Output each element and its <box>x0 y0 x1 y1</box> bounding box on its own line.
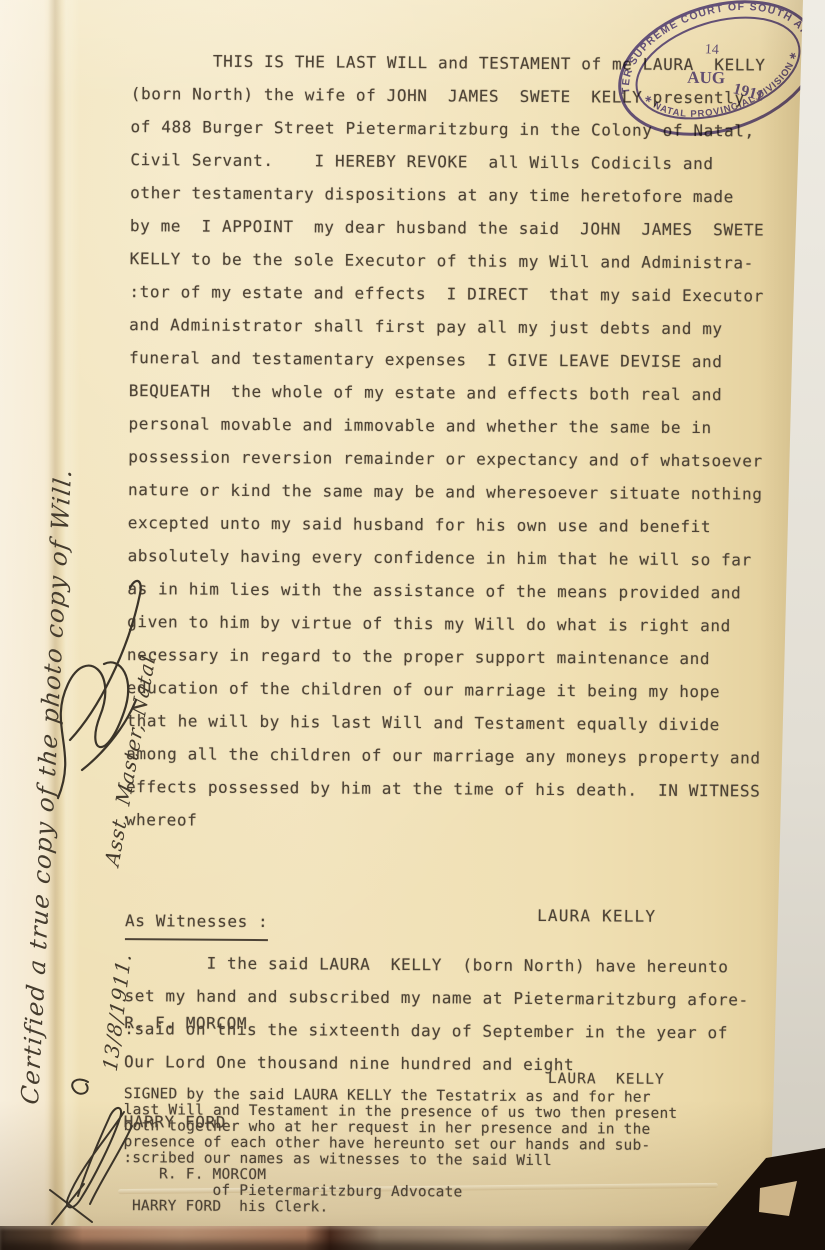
typed-line: :tor of my estate and effects I DIRECT t… <box>129 275 764 312</box>
typed-line: possession reversion remainder or expect… <box>128 440 763 477</box>
typed-line: whereof <box>126 803 761 840</box>
typed-line: BEQUEATH the whole of my estate and effe… <box>129 374 764 411</box>
clerk-initials-scrawl <box>28 1072 168 1227</box>
attestation-clause: SIGNED by the said LAURA KELLY the Testa… <box>123 1086 678 1218</box>
will-body-text: THIS IS THE LAST WILL and TESTAMENT of m… <box>126 44 766 840</box>
attestation-signature-typed: LAURA KELLY <box>548 1071 665 1088</box>
typed-line: other testamentary dispositions at any t… <box>130 176 765 213</box>
subscription-text: I the said LAURA KELLY (born North) have… <box>124 946 749 1082</box>
typed-line: Civil Servant. I HEREBY REVOKE all Wills… <box>130 143 765 180</box>
typed-line: KELLY to be the sole Executor of this my… <box>130 242 765 279</box>
typed-line: and Administrator shall first pay all my… <box>129 308 764 345</box>
stamp-date: 14 AUG 1911 <box>683 37 767 111</box>
typed-line: funeral and testamentary expenses I GIVE… <box>129 341 764 378</box>
typed-line: nature or kind the same may be and where… <box>128 473 763 510</box>
typed-line: effects possessed by him at the time of … <box>126 770 761 807</box>
typed-line: by me I APPOINT my dear husband the said… <box>130 209 765 246</box>
typed-line: excepted unto my said husband for his ow… <box>128 506 763 543</box>
stamp-arc-bottom-text: ∗ NATAL PROVINCIAL DIVISION ∗ <box>640 47 811 138</box>
testatrix-signature-typed: LAURA KELLY <box>537 906 656 926</box>
typed-line: :said on this the sixteenth day of Septe… <box>124 1012 748 1049</box>
typed-line: given to him by virtue of this my Will d… <box>127 605 762 642</box>
court-stamp: MASTER SUPREME COURT OF SOUTH AFRICA ∗ N… <box>610 0 825 140</box>
typed-line: HARRY FORD his Clerk. <box>123 1198 677 1218</box>
typed-line: among all the children of our marriage a… <box>126 737 761 774</box>
typed-line: absolutely having every confidence in hi… <box>127 539 762 576</box>
witnesses-heading: As Witnesses : <box>125 904 269 941</box>
will-document-page: THIS IS THE LAST WILL and TESTAMENT of m… <box>0 0 825 1250</box>
signature-scrawl <box>40 560 150 810</box>
typed-line: that he will by his last Will and Testam… <box>126 704 761 741</box>
typed-line: set my hand and subscribed my name at Pi… <box>124 979 748 1016</box>
typed-line: education of the children of our marriag… <box>127 671 762 708</box>
stamp-arc-top-text: MASTER SUPREME COURT OF SOUTH AFRICA <box>587 0 816 105</box>
typed-line: I the said LAURA KELLY (born North) have… <box>125 946 749 983</box>
typed-line: personal movable and immovable and wheth… <box>128 407 763 444</box>
svg-text:AUG: AUG <box>687 68 725 88</box>
typed-line: as in him lies with the assistance of th… <box>127 572 762 609</box>
svg-text:14: 14 <box>704 42 719 58</box>
typed-line: necessary in regard to the proper suppor… <box>127 638 762 675</box>
